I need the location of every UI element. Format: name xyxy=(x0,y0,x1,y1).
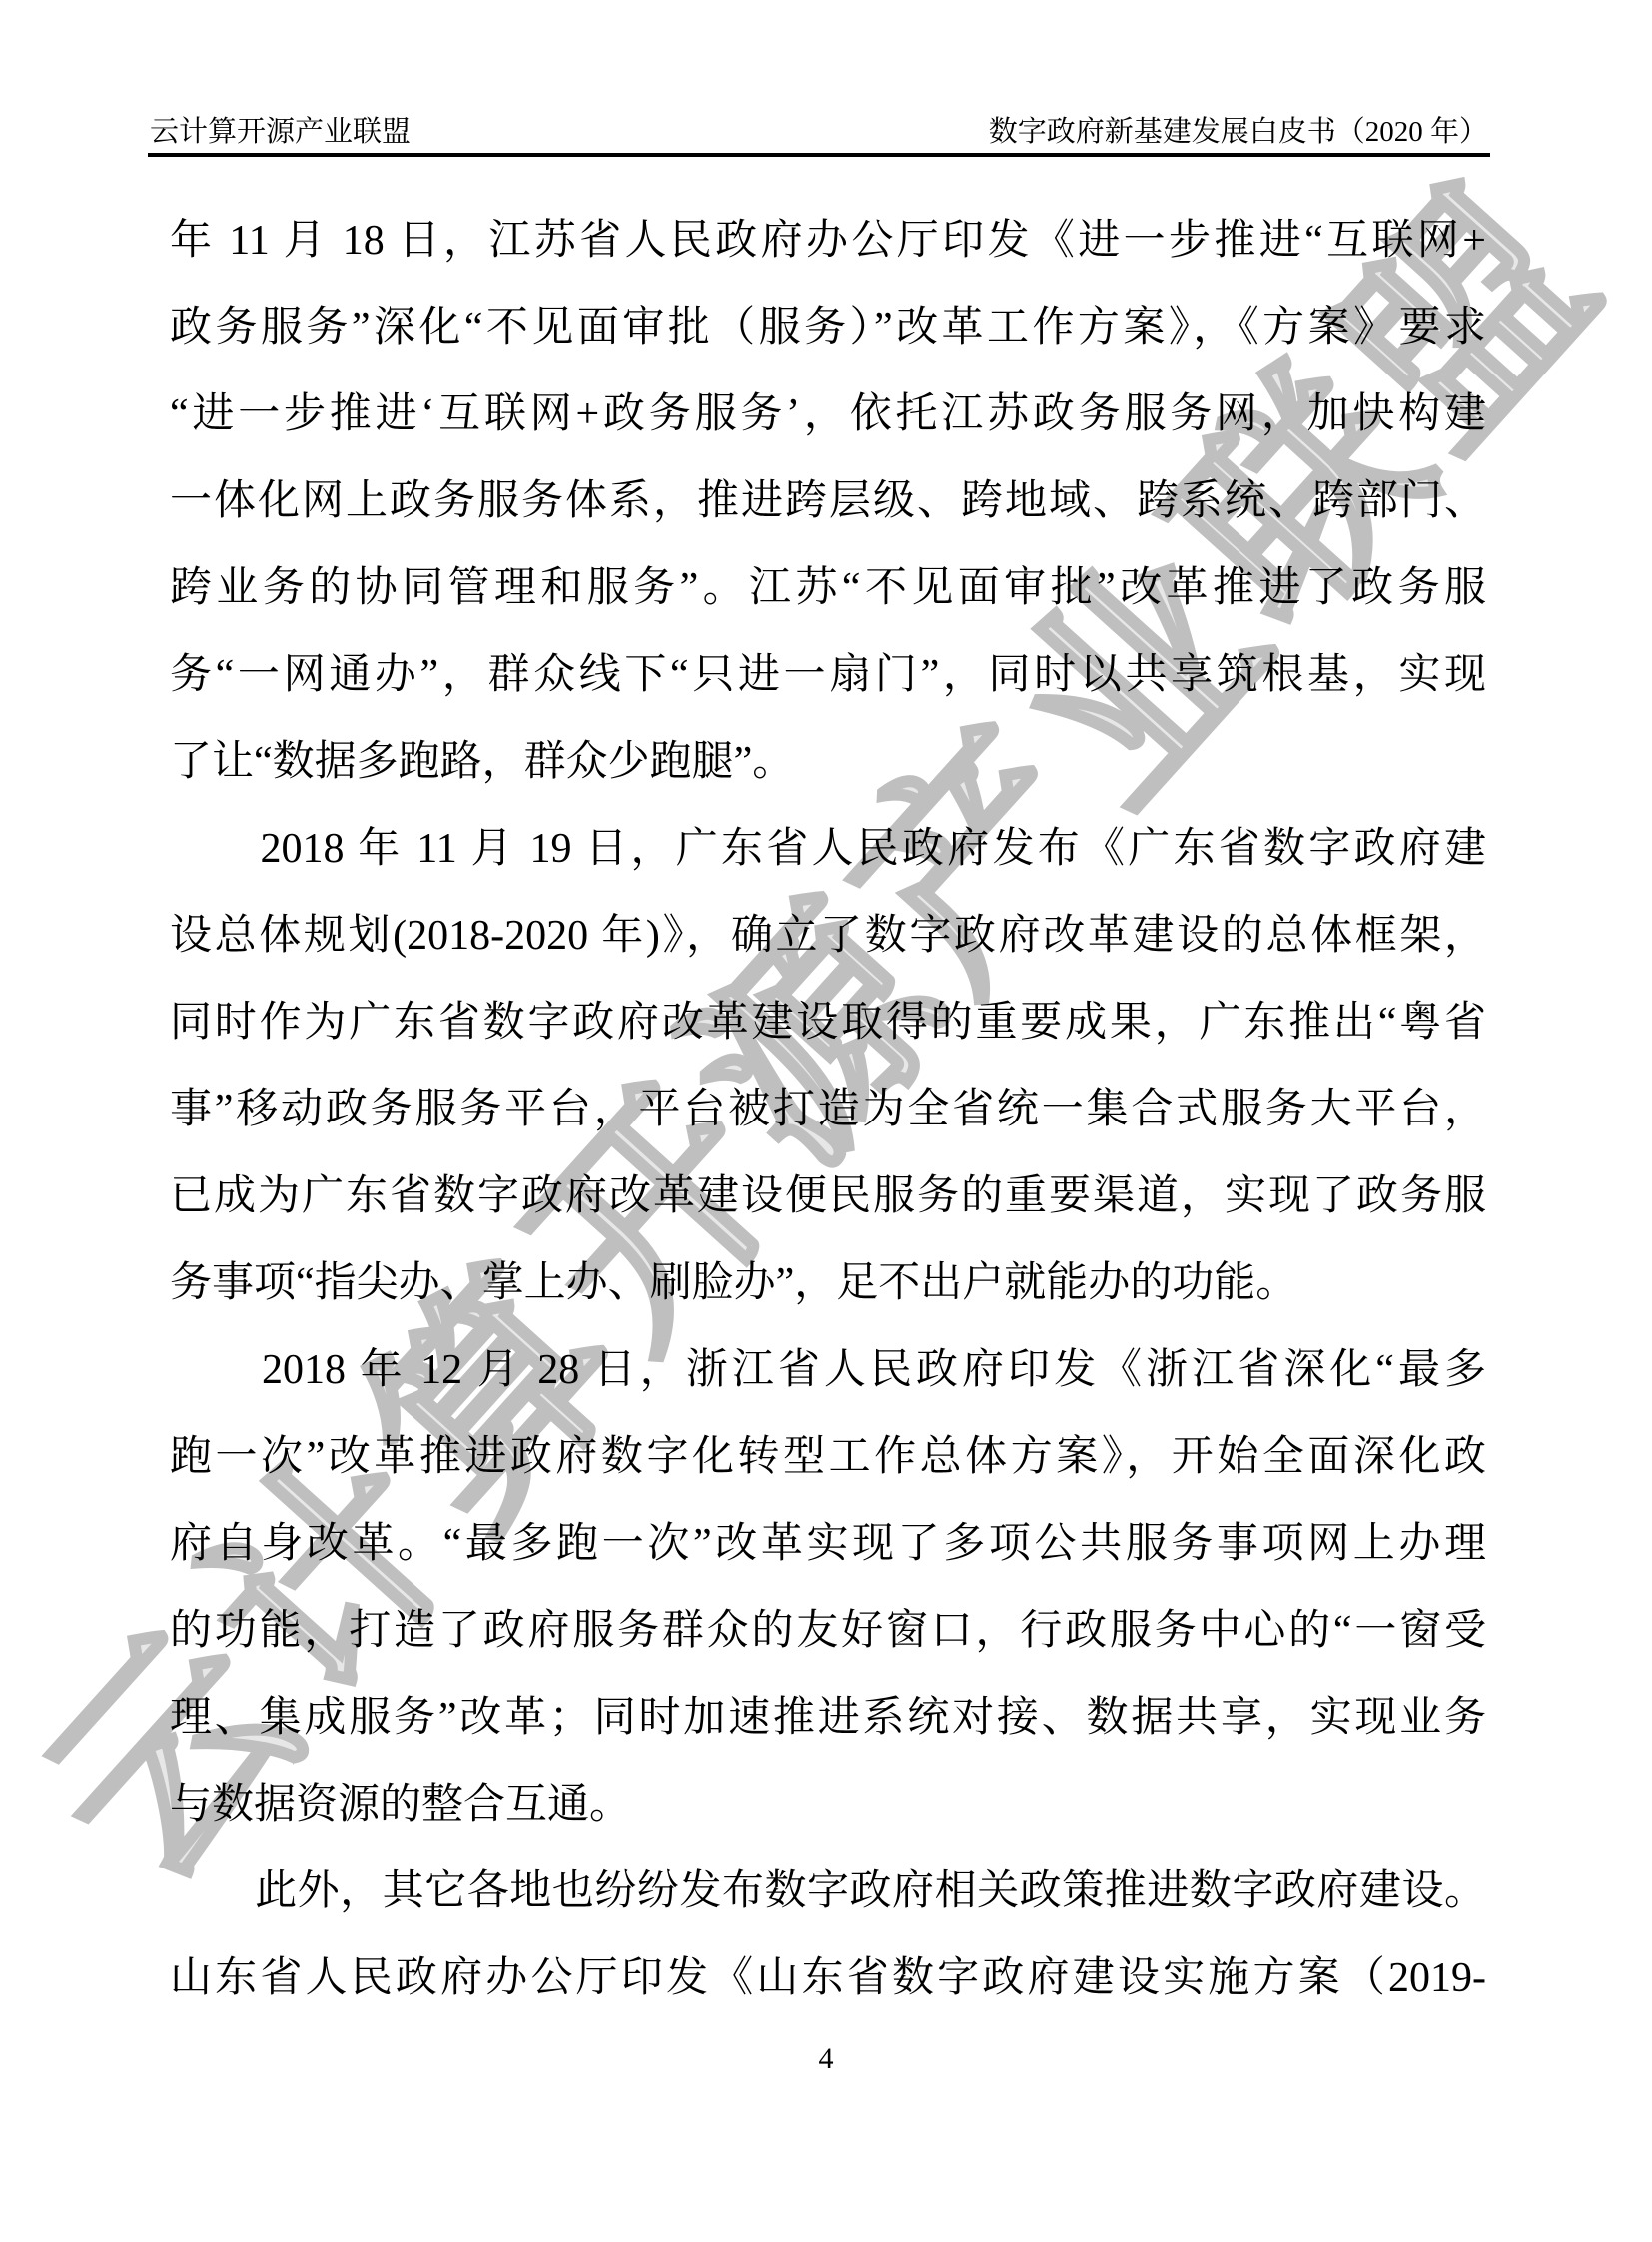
body-line: 年 11 月 18 日，江苏省人民政府办公厅印发《进一步推进“互联网+ xyxy=(170,198,1486,285)
page-header: 云计算开源产业联盟 数字政府新基建发展白皮书（2020 年） xyxy=(150,112,1488,150)
body-line: 同时作为广东省数字政府改革建设取得的重要成果，广东推出“粤省 xyxy=(170,980,1486,1067)
body-line: 跑一次”改革推进政府数字化转型工作总体方案》，开始全面深化政 xyxy=(170,1414,1486,1501)
body-line: 2018 年 12 月 28 日，浙江省人民政府印发《浙江省深化“最多 xyxy=(170,1327,1486,1414)
body-line: 理、集成服务”改革；同时加速推进系统对接、数据共享，实现业务 xyxy=(170,1675,1486,1762)
body-line: 政务服务”深化“不见面审批（服务）”改革工作方案》，《方案》要求 xyxy=(170,285,1486,372)
body-line: 设总体规划(2018-2020 年)》，确立了数字政府改革建设的总体框架， xyxy=(170,893,1486,980)
header-left-title: 云计算开源产业联盟 xyxy=(150,114,411,150)
body-line: 一体化网上政务服务体系，推进跨层级、跨地域、跨系统、跨部门、 xyxy=(170,458,1486,545)
body-line: 已成为广东省数字政府改革建设便民服务的重要渠道，实现了政务服 xyxy=(170,1153,1486,1240)
body-line: 了让“数据多跑路，群众少跑腿”。 xyxy=(170,719,1486,806)
body-line: 2018 年 11 月 19 日，广东省人民政府发布《广东省数字政府建 xyxy=(170,806,1486,893)
body-line: 府自身改革。“最多跑一次”改革实现了多项公共服务事项网上办理 xyxy=(170,1501,1486,1588)
document-page: 云计算开源产业联盟 数字政府新基建发展白皮书（2020 年） 云计算开源产业联盟… xyxy=(0,0,1652,2242)
header-right-title: 数字政府新基建发展白皮书（2020 年） xyxy=(989,114,1488,150)
body-line: 与数据资源的整合互通。 xyxy=(170,1762,1486,1849)
body-line: 跨业务的协同管理和服务”。江苏“不见面审批”改革推进了政务服 xyxy=(170,545,1486,632)
document-body: 年 11 月 18 日，江苏省人民政府办公厅印发《进一步推进“互联网+ 政务服务… xyxy=(170,198,1486,2022)
header-rule xyxy=(148,153,1490,157)
body-line: “进一步推进‘互联网+政务服务’，依托江苏政务服务网，加快构建 xyxy=(170,372,1486,458)
body-line: 山东省人民政府办公厅印发《山东省数字政府建设实施方案（2019- xyxy=(170,1935,1486,2022)
body-line: 事”移动政务服务平台，平台被打造为全省统一集合式服务大平台， xyxy=(170,1067,1486,1153)
body-line: 的功能，打造了政府服务群众的友好窗口，行政服务中心的“一窗受 xyxy=(170,1588,1486,1675)
body-line: 此外，其它各地也纷纷发布数字政府相关政策推进数字政府建设。 xyxy=(170,1849,1486,1935)
body-line: 务“一网通办”，群众线下“只进一扇门”，同时以共享筑根基，实现 xyxy=(170,632,1486,719)
body-line: 务事项“指尖办、掌上办、刷脸办”，足不出户就能办的功能。 xyxy=(170,1240,1486,1327)
page-number: 4 xyxy=(0,2039,1652,2079)
